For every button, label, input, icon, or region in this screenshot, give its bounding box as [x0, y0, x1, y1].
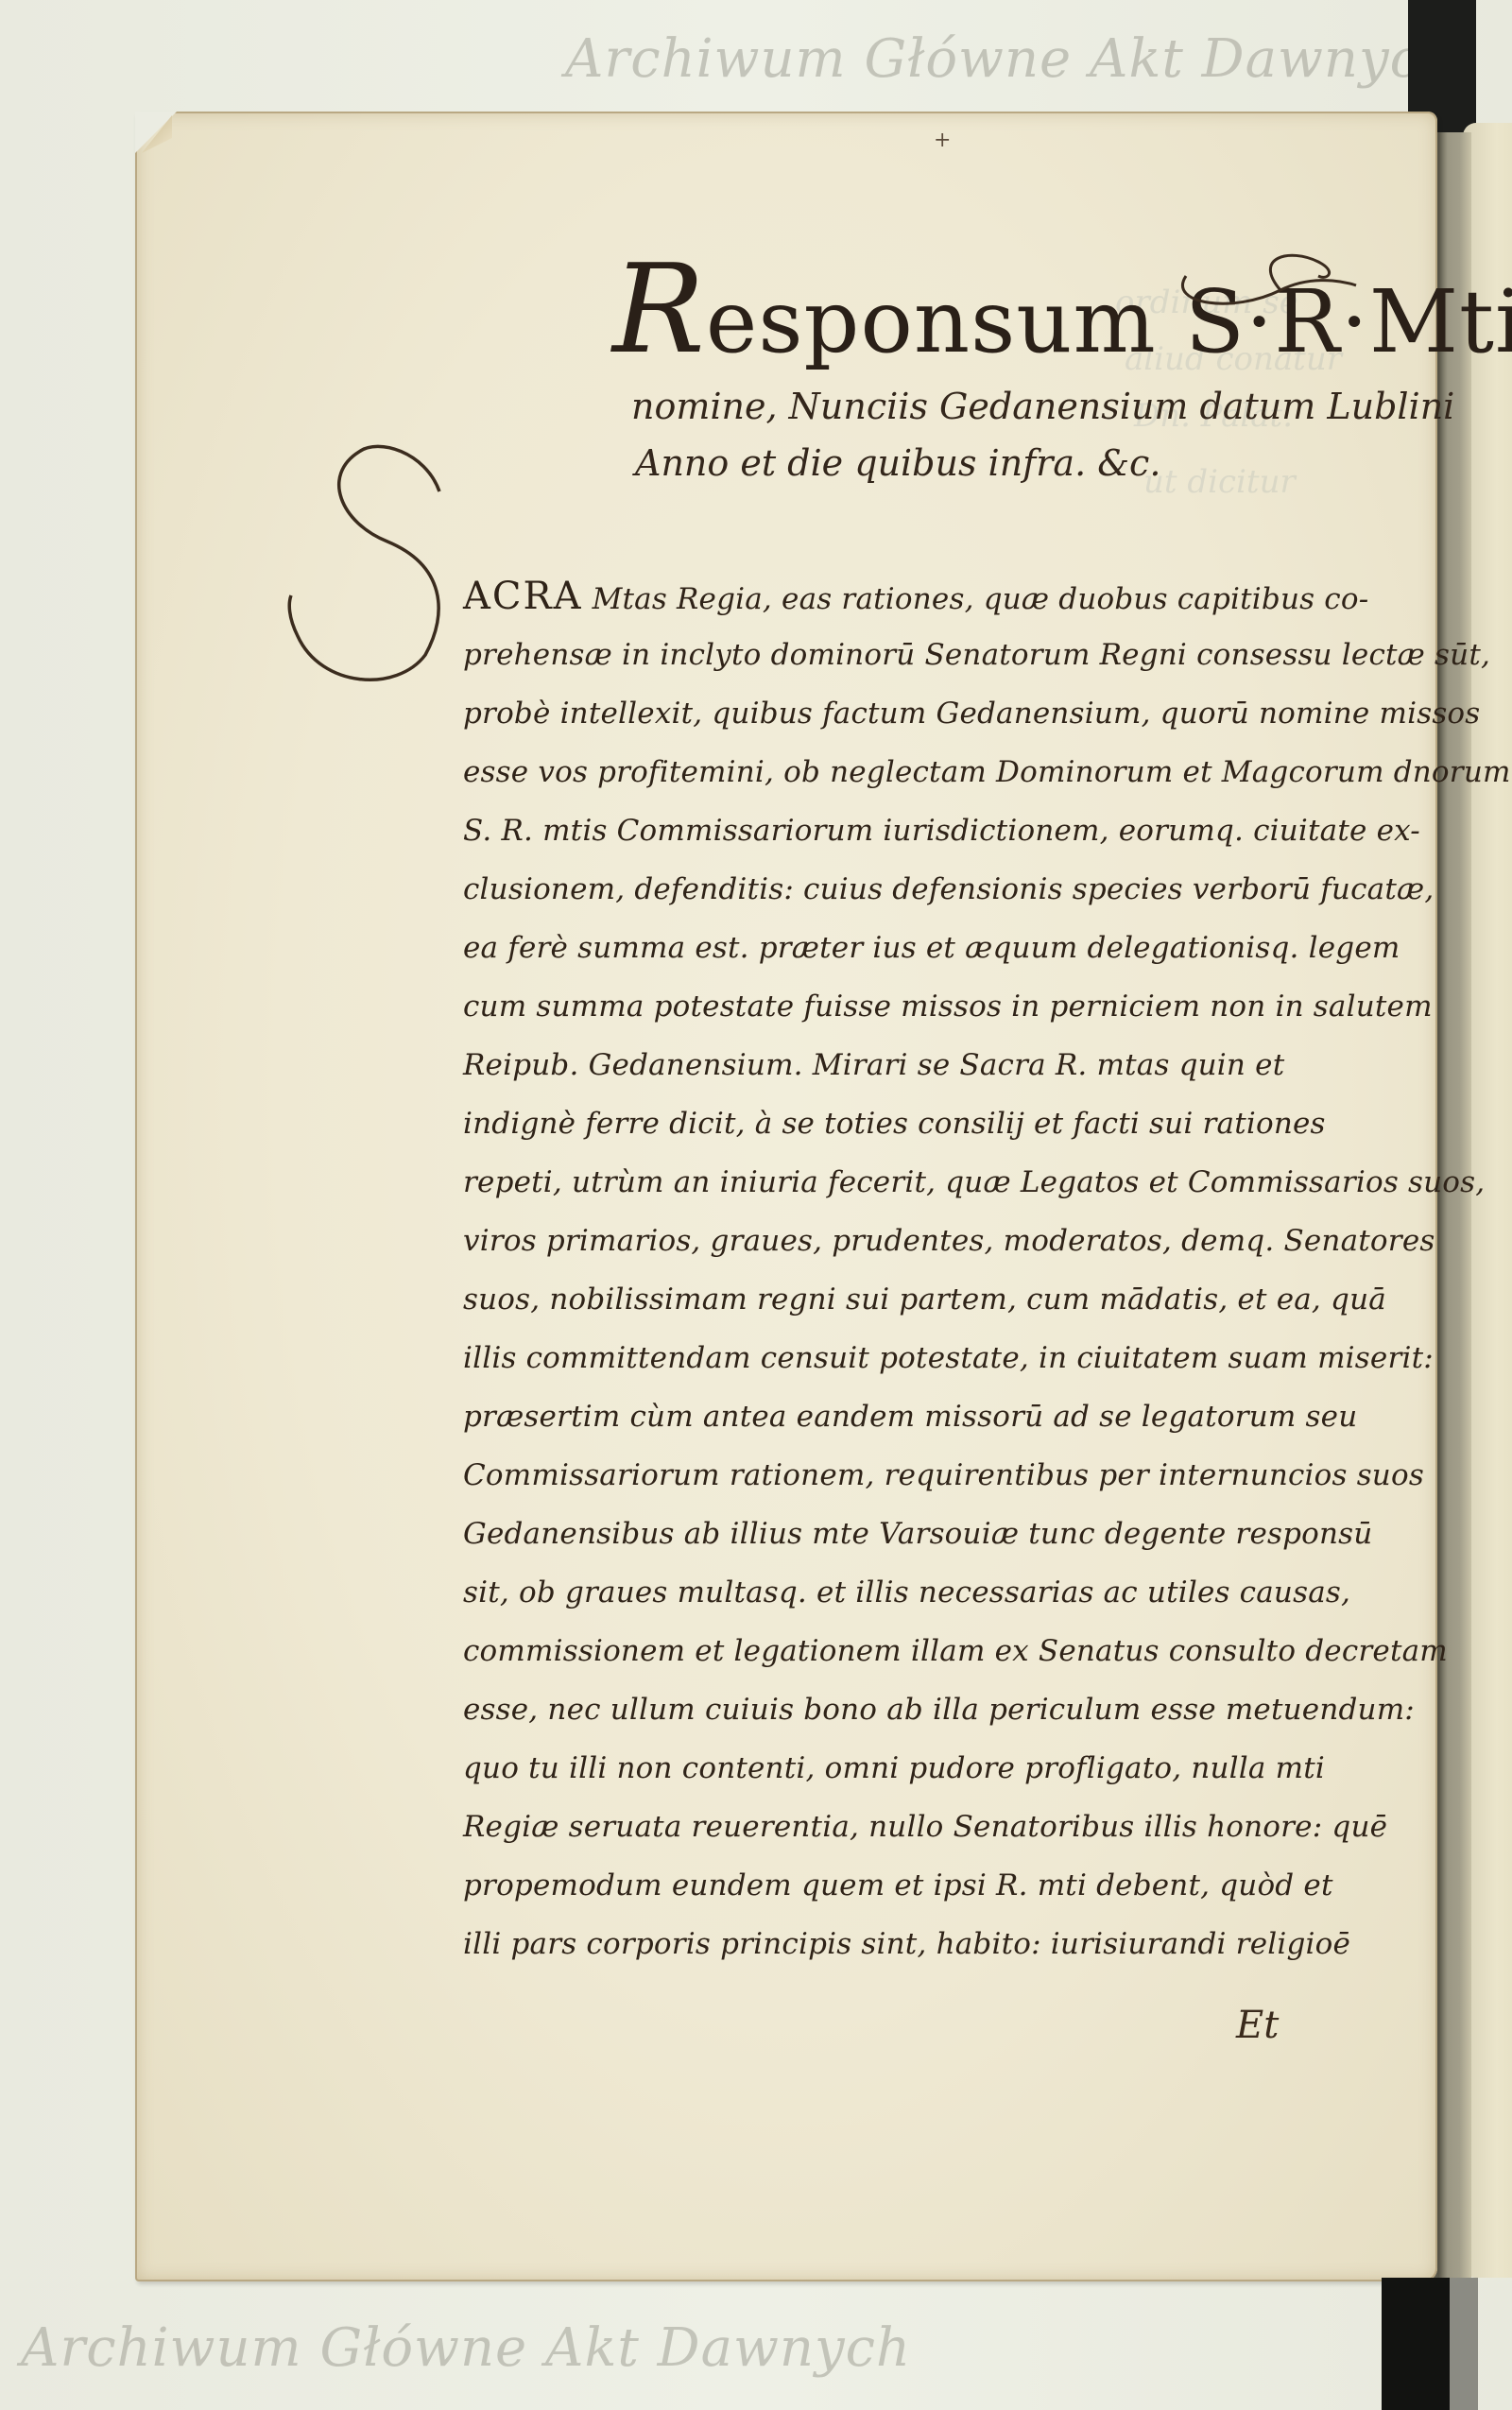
archive-watermark-bottom: Archiwum Główne Akt Dawnych	[21, 2317, 911, 2379]
body-line: esse vos profitemini, ob neglectam Domin…	[463, 743, 1351, 801]
opening-smallcaps: ACRA	[463, 575, 583, 618]
body-line: indignè ferre dicit, à se toties consili…	[463, 1094, 1351, 1153]
body-line: commissionem et legationem illam ex Sena…	[463, 1622, 1351, 1680]
body-line: esse, nec ullum cuiuis bono ab illa peri…	[463, 1680, 1351, 1739]
title-flourish-icon	[1167, 248, 1366, 323]
title-initial: R	[612, 237, 706, 381]
body-line: probè intellexit, quibus factum Gedanens…	[463, 684, 1351, 743]
title-rest: esponsum S·R·Mtis	[706, 271, 1512, 372]
body-line: quo tu illi non contenti, omni pudore pr…	[463, 1739, 1351, 1798]
body-line: illi pars corporis principis sint, habit…	[463, 1915, 1351, 1973]
body-line: suos, nobilissimam regni sui partem, cum…	[463, 1270, 1351, 1329]
body-line: clusionem, defenditis: cuius defensionis…	[463, 860, 1351, 919]
body-line: Gedanensibus ab illius mte Varsouiæ tunc…	[463, 1505, 1351, 1563]
body-line: ea ferè summa est. præter ius et æquum d…	[463, 919, 1351, 977]
body-line: propemodum eundem quem et ipsi R. mti de…	[463, 1856, 1351, 1915]
book-binding-strip-bottom	[1382, 2278, 1450, 2410]
book-gutter	[1432, 132, 1471, 2278]
subtitle-line-1: nomine, Nunciis Gedanensium datum Lublin…	[631, 386, 1454, 427]
drop-initial-s-icon	[283, 433, 472, 688]
binding-shadow	[1450, 2278, 1478, 2410]
catchword: Et	[1236, 2004, 1279, 2047]
crossmark: +	[934, 129, 951, 152]
manuscript-body: ACRA Mtas Regia, eas rationes, quæ duobu…	[463, 567, 1351, 1973]
subtitle-line-2: Anno et die quibus infra. &c.	[635, 442, 1160, 484]
body-line: ACRA Mtas Regia, eas rationes, quæ duobu…	[463, 567, 1351, 626]
body-line: S. R. mtis Commissariorum iurisdictionem…	[463, 801, 1351, 860]
bleed-through-text: ut dicitur	[1143, 463, 1296, 501]
body-line: prehensæ in inclyto dominorū Senatorum R…	[463, 626, 1351, 684]
body-line: viros primarios, graues, prudentes, mode…	[463, 1212, 1351, 1270]
body-line: sit, ob graues multasq. et illis necessa…	[463, 1563, 1351, 1622]
body-line: cum summa potestate fuisse missos in per…	[463, 977, 1351, 1036]
body-line: Reipub. Gedanensium. Mirari se Sacra R. …	[463, 1036, 1351, 1094]
document-title: Responsum S·R·Mtis	[612, 248, 1512, 370]
body-line: repeti, utrùm an iniuria fecerit, quæ Le…	[463, 1153, 1351, 1212]
body-line: Regiæ seruata reuerentia, nullo Senatori…	[463, 1798, 1351, 1856]
archive-watermark-top: Archiwum Główne Akt Dawnych	[565, 28, 1455, 90]
body-line: Commissariorum rationem, requirentibus p…	[463, 1446, 1351, 1505]
title-line: Responsum S·R·Mtis	[612, 248, 1512, 370]
body-line: illis committendam censuit potestate, in…	[463, 1329, 1351, 1387]
body-line: præsertim cùm antea eandem missorū ad se…	[463, 1387, 1351, 1446]
